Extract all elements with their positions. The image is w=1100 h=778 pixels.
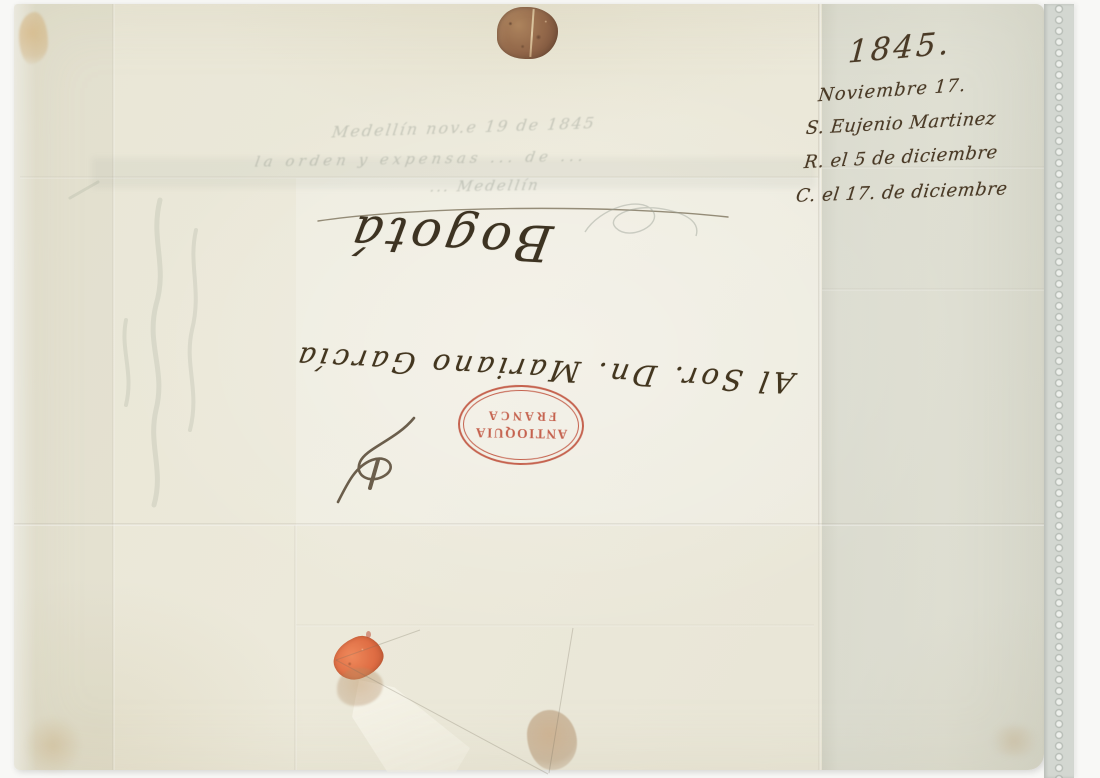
right-panel-crease-2 — [822, 288, 1044, 291]
stain-bottom-left — [26, 716, 80, 774]
postmark-town: ANTIOQUIA — [474, 425, 567, 443]
fold-crease-vertical-bottom — [294, 525, 297, 770]
album-mount-strip — [1044, 4, 1074, 778]
fold-crease-horizontal-middle — [14, 523, 1044, 526]
red-wax-speck — [366, 631, 371, 638]
pencil-note-3: ... Medellín — [429, 176, 542, 196]
address-destination: Bogotá — [315, 190, 585, 287]
left-fold-zone — [14, 4, 113, 770]
fold-crease-vertical-right-lower — [818, 525, 821, 770]
bottom-panel-crease — [296, 624, 814, 627]
letter-scan-page: Medellín nov.e 19 de 1845 la orden y exp… — [0, 0, 1100, 778]
wax-seal — [497, 7, 558, 59]
stain-top-left — [19, 12, 48, 64]
fold-crease-vertical-right — [818, 4, 821, 525]
fold-crease-vertical-left — [112, 4, 115, 770]
stain-bottom-right — [988, 726, 1040, 756]
postmark-stamp: ANTIOQUIA FRANCA — [457, 384, 584, 466]
postmark-franchise: FRANCA — [486, 408, 557, 424]
